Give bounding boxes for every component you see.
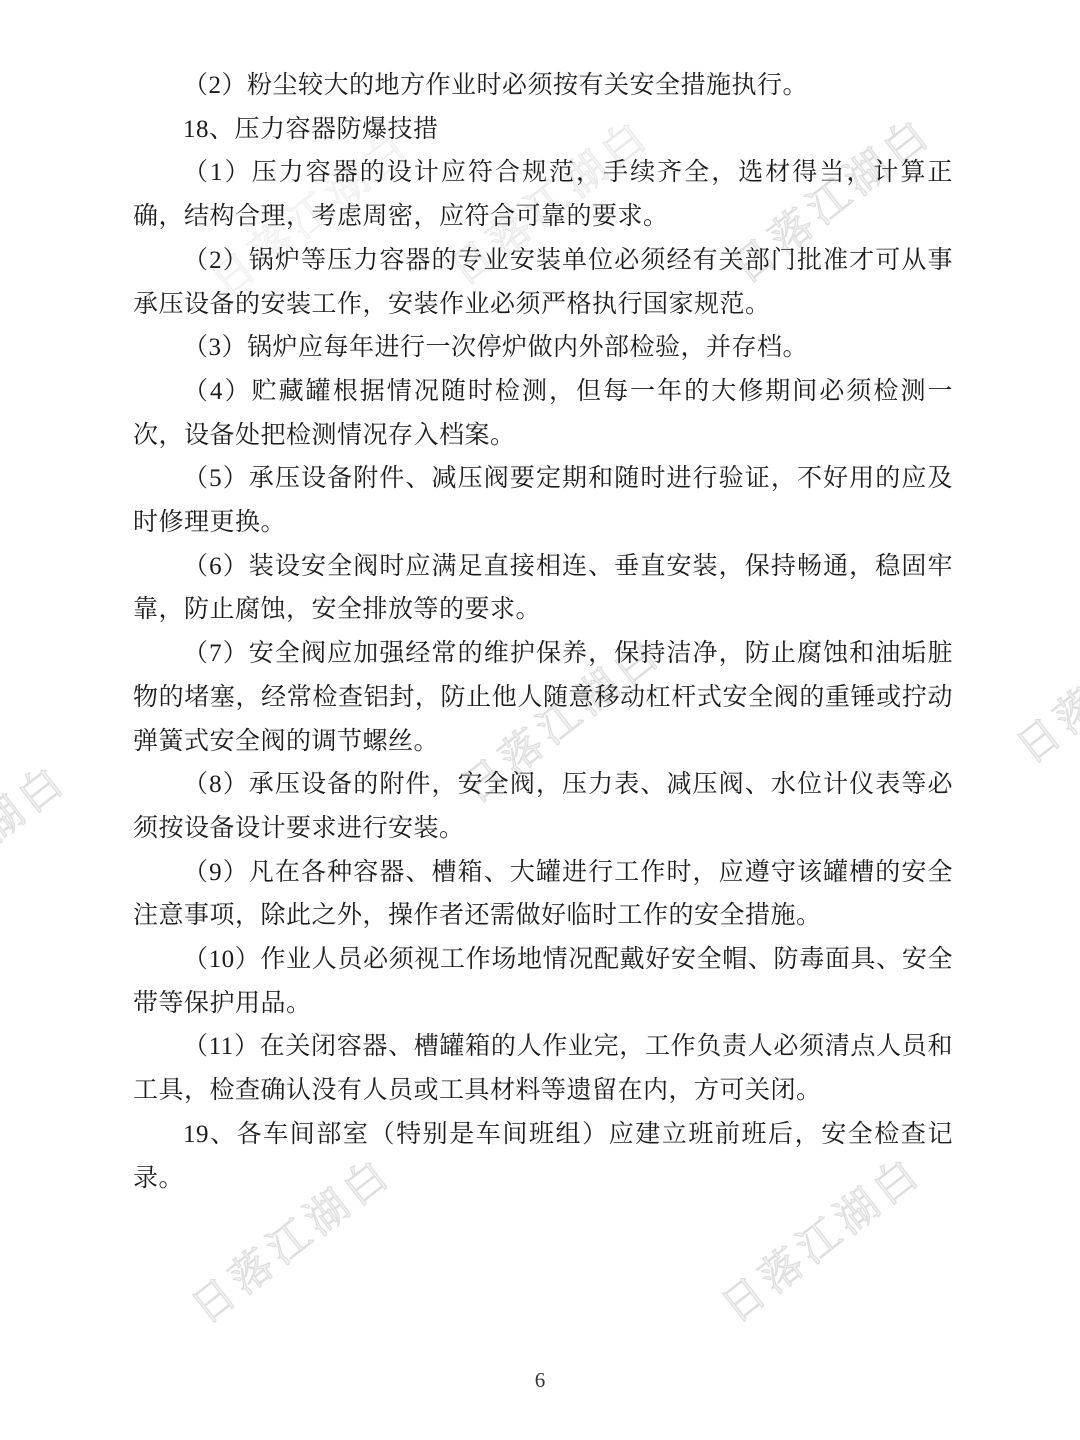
paragraph: （2）锅炉等压力容器的专业安装单位必须经有关部门批准才可从事承压设备的安装工作，… <box>133 239 953 326</box>
paragraph: （8）承压设备的附件，安全阀，压力表、减压阀、水位计仪表等必须按设备设计要求进行… <box>133 763 953 850</box>
watermark-text: 日落江湖白 <box>1002 580 1080 775</box>
paragraph: （3）锅炉应每年进行一次停炉做内外部检验，并存档。 <box>133 326 953 370</box>
paragraph: （10）作业人员必须视工作场地情况配戴好安全帽、防毒面具、安全带等保护用品。 <box>133 938 953 1025</box>
paragraph: （7）安全阀应加强经常的维护保养，保持洁净，防止腐蚀和油垢脏物的堵塞，经常检查铝… <box>133 632 953 763</box>
paragraph: （2）粉尘较大的地方作业时必须按有关安全措施执行。 <box>133 64 953 108</box>
document-body: （2）粉尘较大的地方作业时必须按有关安全措施执行。18、压力容器防爆技措（1）压… <box>133 64 953 1200</box>
paragraph: （4）贮藏罐根据情况随时检测，但每一年的大修期间必须检测一次，设备处把检测情况存… <box>133 370 953 457</box>
paragraph: 18、压力容器防爆技措 <box>133 108 953 152</box>
paragraph: （1）压力容器的设计应符合规范，手续齐全，选材得当，计算正确，结构合理，考虑周密… <box>133 151 953 238</box>
paragraph: （5）承压设备附件、减压阀要定期和随时进行验证，不好用的应及时修理更换。 <box>133 457 953 544</box>
paragraph: 19、各车间部室（特别是车间班组）应建立班前班后，安全检查记录。 <box>133 1113 953 1200</box>
document-page: 日落江湖白 日落江湖白 日落江湖白 日落江湖白 日落江湖白 日落江湖白 日落江湖… <box>0 0 1080 1440</box>
paragraph: （6）装设安全阀时应满足直接相连、垂直安装，保持畅通，稳固牢靠，防止腐蚀，安全排… <box>133 545 953 632</box>
watermark-text: 日落江湖白 <box>0 747 78 942</box>
page-number: 6 <box>0 1368 1080 1393</box>
paragraph: （9）凡在各种容器、槽箱、大罐进行工作时，应遵守该罐槽的安全注意事项，除此之外，… <box>133 851 953 938</box>
paragraph: （11）在关闭容器、槽罐箱的人作业完，工作负责人必须清点人员和工具，检查确认没有… <box>133 1025 953 1112</box>
